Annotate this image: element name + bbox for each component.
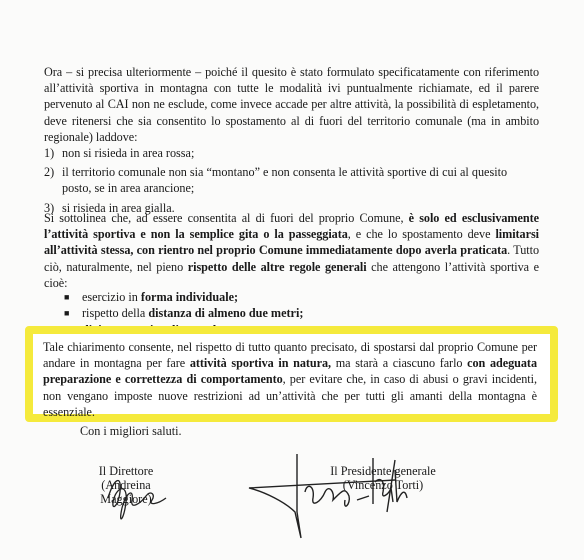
list-item: 2) il territorio comunale non sia “monta… bbox=[44, 164, 539, 196]
highlighted-paragraph: Tale chiarimento consente, nel rispetto … bbox=[43, 339, 537, 420]
text-run: Si sottolinea che, ad essere consentita … bbox=[44, 211, 409, 225]
text-run: rispetto della bbox=[82, 306, 148, 320]
bullet-icon: ■ bbox=[64, 305, 82, 321]
bold-run: attività sportiva in natura, bbox=[190, 356, 331, 370]
paragraph-text: Ora – si precisa ulteriormente – poiché … bbox=[44, 65, 539, 144]
text-run: ma starà a ciascuno farlo bbox=[331, 356, 467, 370]
signature-director-icon bbox=[100, 468, 180, 528]
text-run: , e che lo spostamento deve bbox=[348, 227, 496, 241]
list-item: ■ esercizio in forma individuale; bbox=[64, 289, 504, 305]
bold-run: rispetto delle altre regole generali bbox=[188, 260, 367, 274]
list-item: 1) non si risieda in area rossa; bbox=[44, 145, 539, 161]
list-text: il territorio comunale non sia “montano”… bbox=[62, 164, 539, 196]
bullet-icon: ■ bbox=[64, 289, 82, 305]
list-number: 2) bbox=[44, 164, 62, 196]
text-run: esercizio in bbox=[82, 290, 141, 304]
bold-run: forma individuale; bbox=[141, 290, 238, 304]
closing-salutation: Con i migliori saluti. bbox=[80, 424, 182, 439]
bold-run: distanza di almeno due metri; bbox=[148, 306, 303, 320]
letter-page: Ora – si precisa ulteriormente – poiché … bbox=[0, 0, 584, 560]
paragraph-clarification: Ora – si precisa ulteriormente – poiché … bbox=[44, 64, 539, 145]
list-item: ■ rispetto della distanza di almeno due … bbox=[64, 305, 504, 321]
list-number: 1) bbox=[44, 145, 62, 161]
list-text: non si risieda in area rossa; bbox=[62, 145, 194, 161]
paragraph-emphasis: Si sottolinea che, ad essere consentita … bbox=[44, 210, 539, 291]
signature-president-icon bbox=[245, 452, 415, 542]
conditions-list: 1) non si risieda in area rossa; 2) il t… bbox=[44, 145, 539, 219]
